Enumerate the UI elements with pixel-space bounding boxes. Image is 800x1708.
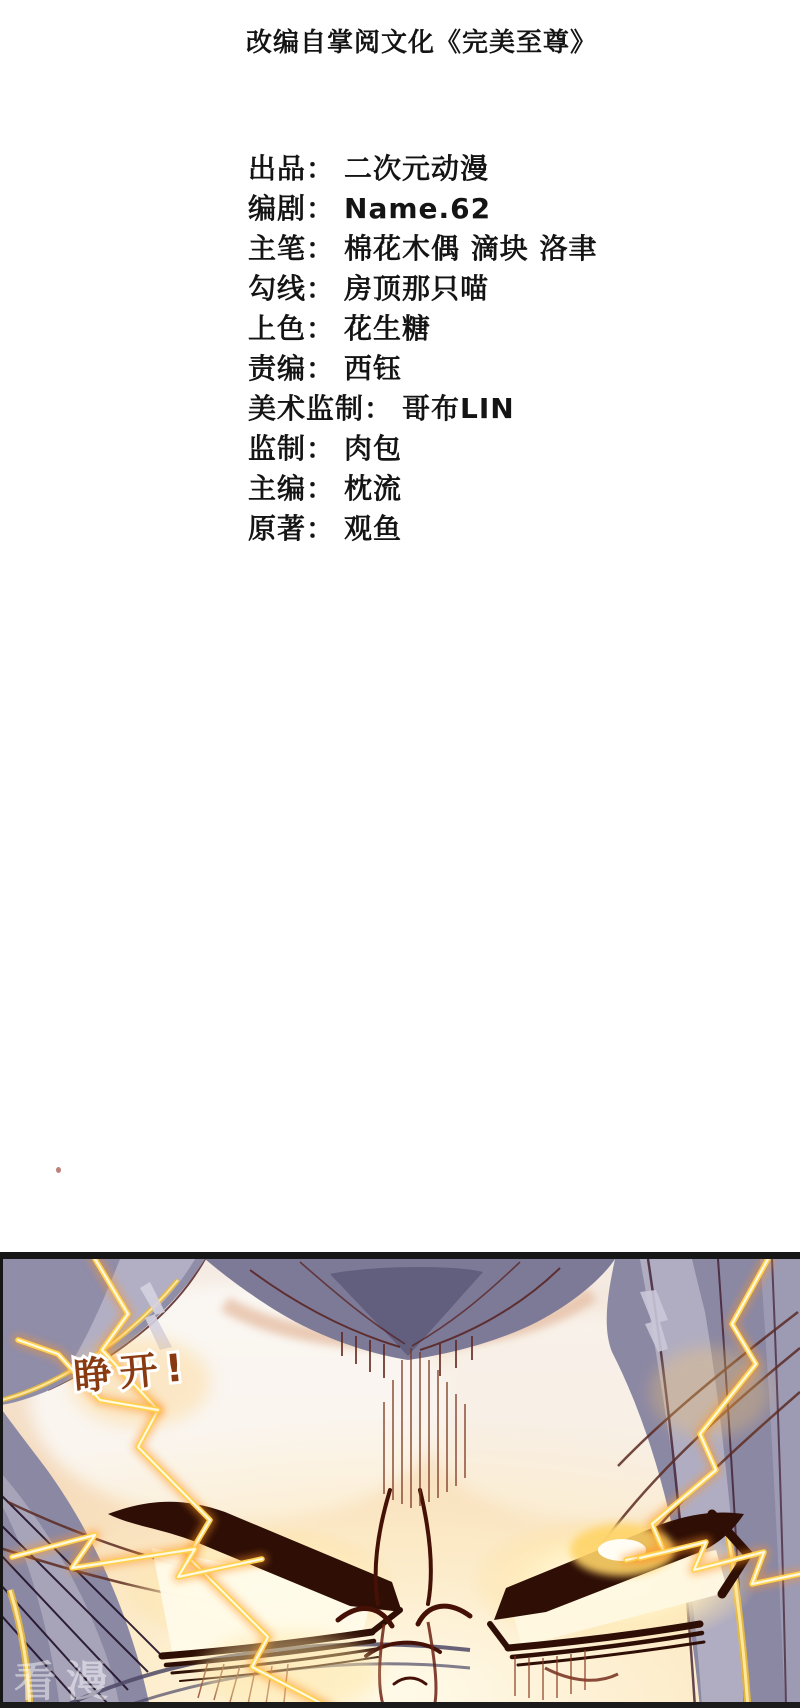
adaptation-notice: 改编自掌阅文化《完美至尊》 (246, 22, 597, 59)
credits-list: 出品：二次元动漫 编剧：Name.62 主笔：棉花木偶 滴块 洛聿 勾线：房顶那… (248, 149, 598, 549)
credit-row: 勾线：房顶那只喵 (248, 269, 598, 309)
credit-row: 编剧：Name.62 (248, 189, 598, 229)
watermark: 看漫 (14, 1657, 118, 1706)
red-speck-artifact (56, 1167, 61, 1173)
comic-page: 改编自掌阅文化《完美至尊》 出品：二次元动漫 编剧：Name.62 主笔：棉花木… (0, 0, 800, 1708)
credit-row: 主编：枕流 (248, 469, 598, 509)
credit-row: 出品：二次元动漫 (248, 149, 598, 189)
credit-row: 上色：花生糖 (248, 309, 598, 349)
credit-row: 原著：观鱼 (248, 509, 598, 549)
credit-row: 责编：西钰 (248, 349, 598, 389)
comic-panel: 睁开! 看漫 (0, 1252, 800, 1708)
comic-panel-art: 睁开! 看漫 (0, 1252, 800, 1708)
credit-row: 主笔：棉花木偶 滴块 洛聿 (248, 229, 598, 269)
credit-row: 美术监制：哥布LIN (248, 389, 598, 429)
credit-row: 监制：肉包 (248, 429, 598, 469)
